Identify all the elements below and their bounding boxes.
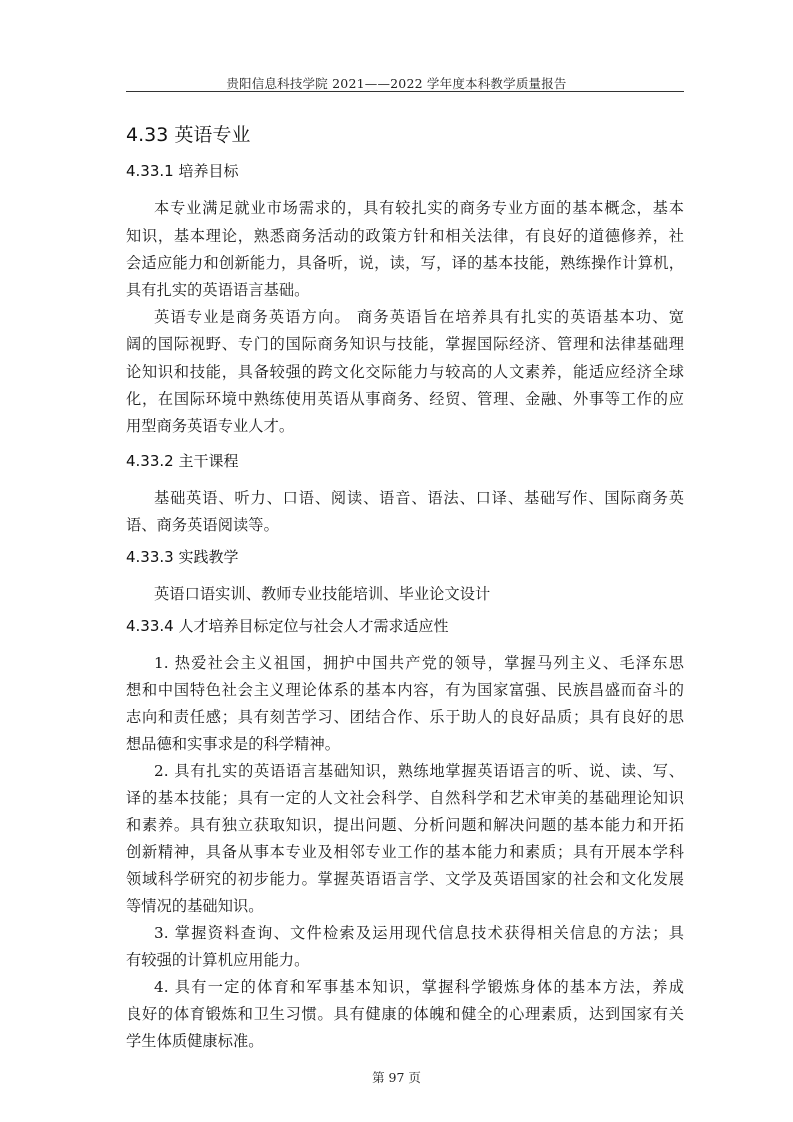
paragraph-line: 化，在国际环境中熟练使用英语从事商务、经贸、管理、金融、外事等工作的应 (126, 388, 684, 409)
paragraph-line: 具有扎实的英语语言基础。 (126, 279, 684, 300)
paragraph-line: 创新精神，具备从事本专业及相邻专业工作的基本能力和素质；具有开展本学科 (126, 841, 684, 862)
paragraph-line: 领域科学研究的初步能力。掌握英语语言学、文学及英语国家的社会和文化发展 (126, 868, 684, 889)
paragraph-line: 4. 具有一定的体育和军事基本知识，掌握科学锻炼身体的基本方法，养成 (154, 976, 684, 997)
section-title: 4.33 英语专业 (126, 120, 250, 147)
paragraph-line: 2. 具有扎实的英语语言基础知识，熟练地掌握英语语言的听、说、读、写、 (154, 760, 684, 781)
subsection-title-core-courses: 4.33.2 主干课程 (126, 450, 238, 471)
paragraph-line: 知识，基本理论，熟悉商务活动的政策方针和相关法律，有良好的道德修养，社 (126, 225, 684, 246)
paragraph-line: 用型商务英语专业人才。 (126, 415, 684, 436)
subsection-title-talent-positioning: 4.33.4 人才培养目标定位与社会人才需求适应性 (126, 615, 448, 636)
paragraph-line: 1. 热爱社会主义祖国，拥护中国共产党的领导，掌握马列主义、毛泽东思 (154, 652, 684, 673)
paragraph-line: 和素养。具有独立获取知识，提出问题、分析问题和解决问题的基本能力和开拓 (126, 814, 684, 835)
paragraph-line: 英语专业是商务英语方向。 商务英语旨在培养具有扎实的英语基本功、宽 (154, 306, 684, 327)
subsection-title-training-goal: 4.33.1 培养目标 (126, 160, 238, 181)
paragraph-line: 想和中国特色社会主义理论体系的基本内容，有为国家富强、民族昌盛而奋斗的 (126, 679, 684, 700)
paragraph-line: 会适应能力和创新能力，具备听，说，读，写，译的基本技能，熟练操作计算机， (126, 252, 684, 273)
paragraph-line: 阔的国际视野、专门的国际商务知识与技能，掌握国际经济、管理和法律基础理 (126, 333, 684, 354)
paragraph-line: 想品德和实事求是的科学精神。 (126, 733, 684, 754)
paragraph-line: 本专业满足就业市场需求的，具有较扎实的商务专业方面的基本概念，基本 (154, 197, 684, 218)
paragraph-line: 良好的体育锻炼和卫生习惯。具有健康的体魄和健全的心理素质，达到国家有关 (126, 1003, 684, 1024)
page-number: 第 97 页 (0, 1068, 793, 1086)
paragraph-line: 论知识和技能，具备较强的跨文化交际能力与较高的人文素养，能适应经济全球 (126, 361, 684, 382)
subsection-title-practice-teaching: 4.33.3 实践教学 (126, 546, 238, 567)
paragraph-line: 3. 掌握资料查询、文件检索及运用现代信息技术获得相关信息的方法；具 (154, 922, 684, 943)
paragraph-line: 语、商务英语阅读等。 (126, 514, 684, 535)
paragraph-line: 等情况的基础知识。 (126, 895, 684, 916)
running-header: 贵阳信息科技学院 2021——2022 学年度本科教学质量报告 (0, 74, 793, 92)
paragraph-line: 英语口语实训、教师专业技能培训、毕业论文设计 (154, 583, 684, 604)
paragraph-line: 基础英语、听力、口语、阅读、语音、语法、口译、基础写作、国际商务英 (154, 487, 684, 508)
paragraph-line: 学生体质健康标准。 (126, 1030, 684, 1051)
paragraph-line: 译的基本技能；具有一定的人文社会科学、自然科学和艺术审美的基础理论知识 (126, 787, 684, 808)
paragraph-line: 有较强的计算机应用能力。 (126, 949, 684, 970)
paragraph-line: 志向和责任感；具有刻苦学习、团结合作、乐于助人的良好品质；具有良好的思 (126, 706, 684, 727)
header-divider (126, 91, 684, 92)
